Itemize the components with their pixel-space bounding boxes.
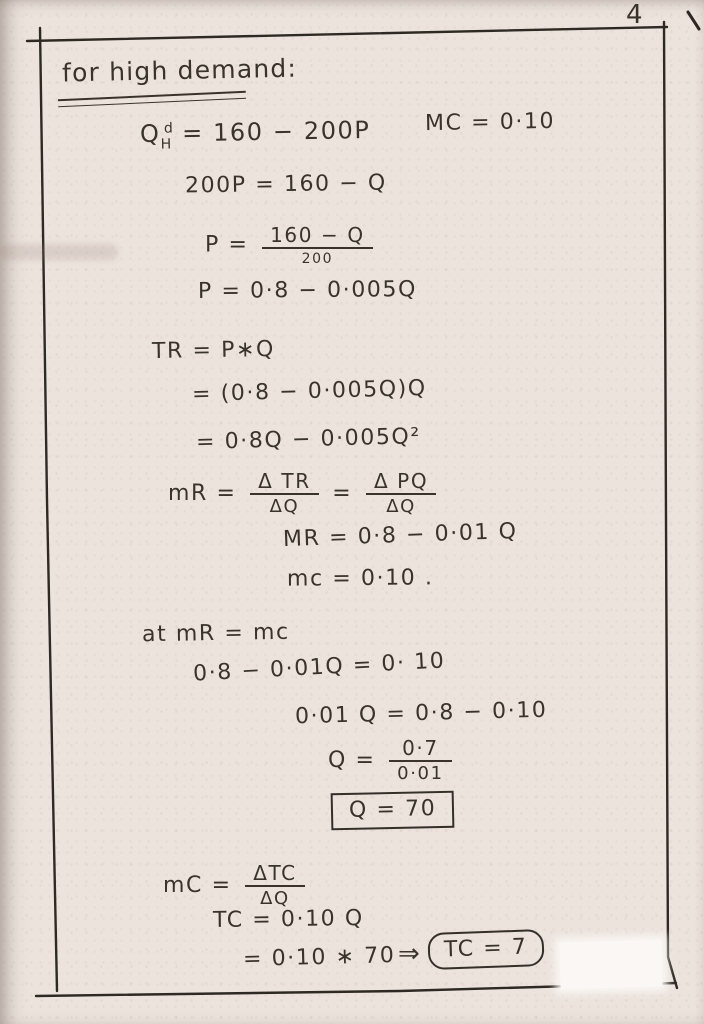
q-numerator: 0·7 xyxy=(389,737,451,760)
mc-numerator: ΔTC xyxy=(245,862,305,885)
q-fraction-equation: Q = 0·70·01 xyxy=(328,737,457,785)
optimum-condition: at mR = mc xyxy=(142,620,290,648)
tr-definition: TR = P∗Q xyxy=(152,337,275,364)
q-result-box: Q = 70 xyxy=(331,791,455,831)
page-number: 4 xyxy=(626,0,643,30)
tc-substitution: = 0·10 ∗ 70 xyxy=(243,943,396,972)
p-linear-equation: P = 0·8 − 0·005Q xyxy=(198,277,417,304)
implies-arrow-icon: ⇒ xyxy=(398,939,421,969)
tc-result-box: TC = 7 xyxy=(427,929,544,970)
white-correction-patch xyxy=(559,940,662,990)
rearranged-equation: 200P = 160 − Q xyxy=(185,171,387,199)
q-denominator: 0·01 xyxy=(389,760,451,785)
p-numerator: 160 − Q xyxy=(262,224,373,247)
mr-f2-numerator: Δ PQ xyxy=(366,470,436,493)
p-denominator: 200 xyxy=(262,247,373,267)
mc-restated: mc = 0·10 . xyxy=(287,565,434,591)
tc-definition: TC = 0·10 Q xyxy=(213,906,364,933)
demand-superscript: d xyxy=(164,120,173,136)
notebook-page: 4 for high demand: MC = 0·10 QHd = 160 −… xyxy=(0,0,704,1024)
p-fraction: 160 − Q200 xyxy=(262,224,373,267)
q-fraction: 0·70·01 xyxy=(389,737,451,785)
mc-fraction: ΔTCΔQ xyxy=(245,862,305,910)
q-result: Q = 70 xyxy=(349,796,437,823)
p-fraction-equation: P = 160 − Q200 xyxy=(205,224,378,267)
demand-rhs: = 160 − 200P xyxy=(173,116,371,147)
corner-mark xyxy=(688,12,699,29)
mr-lhs: mR = xyxy=(168,481,245,506)
demand-q: Q xyxy=(140,120,161,148)
mr-f1-numerator: Δ TR xyxy=(250,470,319,493)
tc-result: TC = 7 xyxy=(444,935,528,963)
p-lhs: P = xyxy=(205,233,257,258)
demand-subscript: H xyxy=(161,136,172,152)
mc-given: MC = 0·10 xyxy=(425,109,556,136)
mr-equals: = xyxy=(324,481,361,506)
mr-definition: mR = Δ TRΔQ = Δ PQΔQ xyxy=(168,470,441,518)
mr-f2-denominator: ΔQ xyxy=(366,493,436,518)
demand-equation: QHd = 160 − 200P xyxy=(140,116,371,153)
mr-f1-denominator: ΔQ xyxy=(250,493,319,518)
section-heading: for high demand: xyxy=(62,54,298,88)
mr-fraction-1: Δ TRΔQ xyxy=(250,470,319,518)
q-lhs: Q = xyxy=(328,748,384,773)
mr-fraction-2: Δ PQΔQ xyxy=(366,470,436,518)
mc-lhs: mC = xyxy=(163,873,240,898)
mc-definition: mC = ΔTCΔQ xyxy=(163,862,310,910)
faint-smudge xyxy=(0,244,118,260)
